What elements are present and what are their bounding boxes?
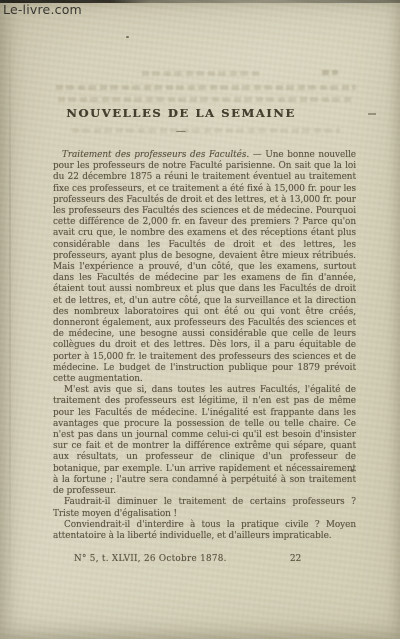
watermark-text: Le-livre.com (3, 2, 82, 17)
signature-number: 22 (290, 554, 301, 564)
bleedthrough-line (58, 97, 354, 102)
bleedthrough-line (142, 71, 260, 76)
page-footer: N° 5, t. XLVII, 26 Octobre 1878. 22 (53, 554, 356, 564)
page-title: NOUVELLES DE LA SEMAINE (30, 106, 332, 120)
article-body: Traitement des professeurs des Facultés.… (53, 150, 356, 542)
scanned-book-page: Le-livre.com NOUVELLES DE LA SEMAINE — T… (0, 0, 400, 639)
paragraph-1-text: — Une bonne nouvelle pour les professeur… (53, 150, 356, 384)
paragraph-4: Conviendrait-il d'interdire à tous la pr… (53, 520, 356, 542)
paragraph-2: M'est avis que si, dans toutes les autre… (53, 385, 356, 497)
bleedthrough-mark (322, 70, 338, 75)
paragraph-1-lead-italic: Traitement des professeurs des Facultés. (62, 150, 249, 160)
margin-dash-mark (368, 113, 376, 115)
bleedthrough-line (56, 85, 356, 90)
title-divider: — (30, 126, 332, 137)
ink-speck (351, 469, 354, 472)
paragraph-1: Traitement des professeurs des Facultés.… (53, 150, 356, 385)
issue-reference: N° 5, t. XLVII, 26 Octobre 1878. (74, 554, 227, 564)
paper-crease (9, 0, 11, 639)
paragraph-3: Faudrait-il diminuer le traitement de ce… (53, 497, 356, 519)
ink-speck (126, 36, 129, 38)
